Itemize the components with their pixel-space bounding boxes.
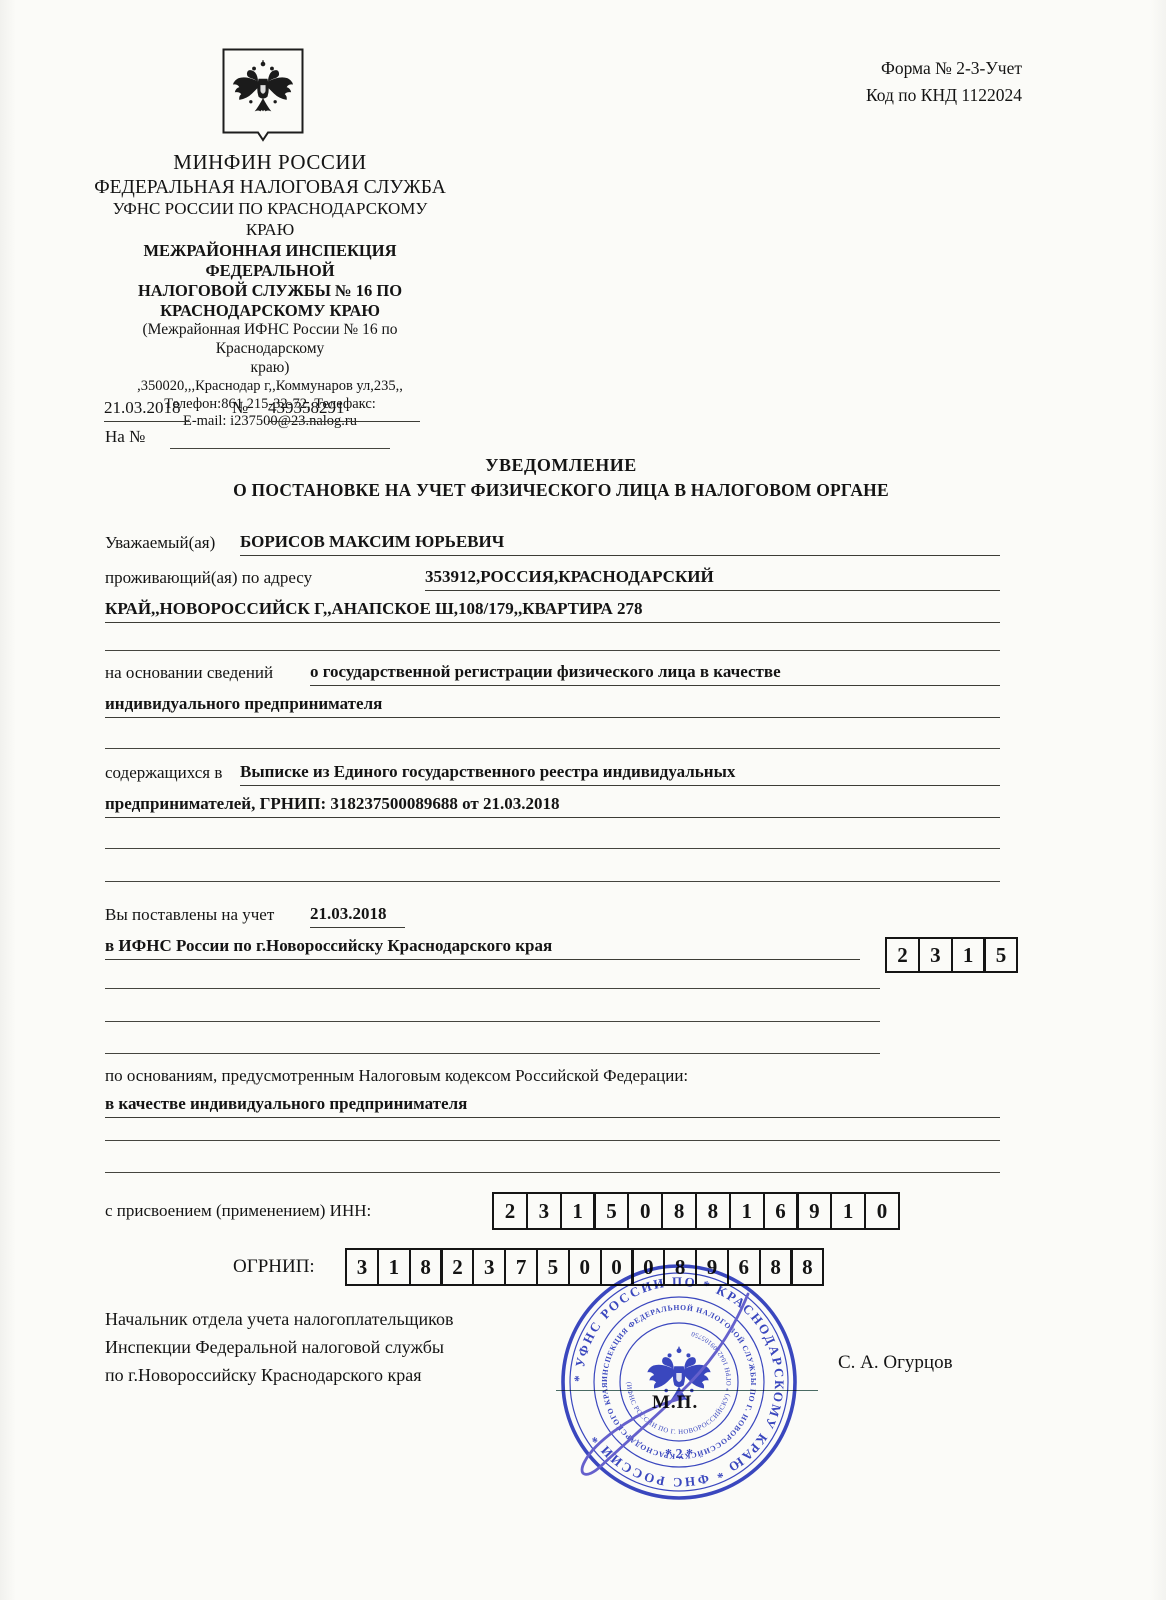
form-number-label: Форма № 2-3-Учет (692, 55, 1022, 82)
form-code-block: Форма № 2-3-Учет Код по КНД 1122024 (692, 55, 1022, 109)
salutation-label: Уважаемый(ая) (105, 533, 215, 553)
official-round-stamp: * УФНС РОССИИ ПО * КРАСНОДАРСКОМУ КРАЮ *… (540, 1242, 820, 1522)
ogrnip-label: ОГРНИП: (233, 1248, 315, 1286)
inn-digit-cell: 3 (526, 1192, 562, 1230)
ogrnip-digit-cell: 3 (345, 1248, 379, 1286)
contained-value-1: Выписке из Единого государственного реес… (240, 761, 1000, 786)
reply-to-label: На № (105, 427, 145, 447)
authority-code-cell: 2 (885, 937, 920, 973)
registered-label: Вы поставлены на учет (105, 905, 274, 925)
letterhead: МИНФИН РОССИИ ФЕДЕРАЛЬНАЯ НАЛОГОВАЯ СЛУЖ… (92, 150, 448, 431)
blank-line (105, 1021, 880, 1022)
inn-label: с присвоением (применением) ИНН: (105, 1192, 371, 1230)
blank-line (105, 1053, 880, 1054)
inn-digit-cell: 1 (729, 1192, 765, 1230)
basis-label: на основании сведений (105, 663, 273, 683)
letterhead-shortname-2: краю) (92, 359, 448, 378)
contained-value-2: предпринимателей, ГРНИП: 318237500089688… (105, 793, 1000, 818)
address-label: проживающий(ая) по адресу (105, 568, 312, 588)
ogrnip-digit-cell: 7 (504, 1248, 538, 1286)
address-value-1: 353912,РОССИЯ,КРАСНОДАРСКИЙ (425, 566, 1000, 591)
knd-code-label: Код по КНД 1122024 (692, 82, 1022, 109)
letterhead-address: ,350020,,,Краснодар г,,Коммунаров ул,235… (92, 378, 448, 396)
inn-boxes: 2 3 1 5 0 8 8 1 6 9 1 0 (492, 1192, 900, 1230)
blank-line (105, 848, 1000, 849)
authority-code-cell: 3 (918, 937, 953, 973)
letterhead-shortname-1: (Межрайонная ИФНС России № 16 по Краснод… (92, 321, 448, 359)
authority-code-cell: 5 (983, 937, 1018, 973)
coat-of-arms-emblem (222, 48, 304, 142)
inn-digit-cell: 6 (763, 1192, 799, 1230)
reply-number-line (170, 448, 390, 449)
basis-value-2: индивидуального предпринимателя (105, 693, 1000, 718)
contained-label: содержащихся в (105, 763, 222, 783)
letterhead-inspection-2: НАЛОГОВОЙ СЛУЖБЫ № 16 ПО (92, 281, 448, 301)
basis-value-1: о государственной регистрации физическог… (310, 661, 1000, 686)
signatory-position-1: Начальник отдела учета налогоплательщико… (105, 1306, 454, 1334)
inn-digit-cell: 2 (492, 1192, 528, 1230)
signatory-position-3: по г.Новороссийску Краснодарского края (105, 1362, 454, 1390)
letterhead-ministry: МИНФИН РОССИИ (92, 150, 448, 176)
blank-line (105, 988, 880, 989)
signer-name: С. А. Огурцов (838, 1352, 953, 1374)
letterhead-inspection-1: МЕЖРАЙОННАЯ ИНСПЕКЦИЯ ФЕДЕРАЛЬНОЙ (92, 241, 448, 281)
stamp-center-number: * 2 * (665, 1447, 693, 1462)
inn-digit-cell: 8 (695, 1192, 731, 1230)
inn-digit-cell: 0 (627, 1192, 663, 1230)
letterhead-department: УФНС РОССИИ ПО КРАСНОДАРСКОМУ КРАЮ (92, 199, 448, 240)
blank-line (105, 1140, 1000, 1141)
inn-digit-cell: 8 (661, 1192, 697, 1230)
blank-line (105, 1172, 1000, 1173)
title-line-1: УВЕДОМЛЕНИЕ (0, 455, 1122, 476)
blank-line (105, 881, 1000, 882)
inn-digit-cell: 1 (560, 1192, 596, 1230)
signatory-position: Начальник отдела учета налогоплательщико… (105, 1306, 454, 1390)
document-page: МИНФИН РОССИИ ФЕДЕРАЛЬНАЯ НАЛОГОВАЯ СЛУЖ… (0, 0, 1166, 1600)
grounds-value: в качестве индивидуального предпринимате… (105, 1093, 1000, 1118)
ogrnip-digit-cell: 3 (472, 1248, 506, 1286)
document-date: 21.03.2018 (104, 398, 190, 422)
title-line-2: О ПОСТАНОВКЕ НА УЧЕТ ФИЗИЧЕСКОГО ЛИЦА В … (0, 480, 1122, 501)
ogrnip-digit-cell: 8 (409, 1248, 443, 1286)
authority-value: в ИФНС России по г.Новороссийску Краснод… (105, 935, 860, 960)
number-sign: № (232, 398, 248, 418)
ogrnip-digit-cell: 1 (377, 1248, 411, 1286)
inn-digit-cell: 1 (830, 1192, 866, 1230)
document-title: УВЕДОМЛЕНИЕ О ПОСТАНОВКЕ НА УЧЕТ ФИЗИЧЕС… (0, 455, 1122, 501)
inn-digit-cell: 9 (796, 1192, 832, 1230)
registered-date: 21.03.2018 (310, 903, 405, 928)
inn-digit-cell: 0 (864, 1192, 900, 1230)
blank-line (105, 650, 1000, 651)
eagle-icon (233, 60, 293, 111)
person-name: БОРИСОВ МАКСИМ ЮРЬЕВИЧ (240, 531, 1000, 556)
grounds-label: по основаниям, предусмотренным Налоговым… (105, 1066, 688, 1086)
blank-line (105, 748, 1000, 749)
inn-digit-cell: 5 (593, 1192, 629, 1230)
address-value-2: КРАЙ,,НОВОРОССИЙСК Г,,АНАПСКОЕ Ш,108/179… (105, 598, 1000, 623)
ogrnip-digit-cell: 2 (440, 1248, 474, 1286)
signatory-position-2: Инспекции Федеральной налоговой службы (105, 1334, 454, 1362)
letterhead-service: ФЕДЕРАЛЬНАЯ НАЛОГОВАЯ СЛУЖБА (92, 176, 448, 200)
letterhead-inspection-3: КРАСНОДАРСКОМУ КРАЮ (92, 301, 448, 321)
authority-code-cell: 1 (951, 937, 986, 973)
document-number: 439358291 (268, 398, 420, 422)
authority-code-boxes: 2 3 1 5 (885, 937, 1018, 973)
